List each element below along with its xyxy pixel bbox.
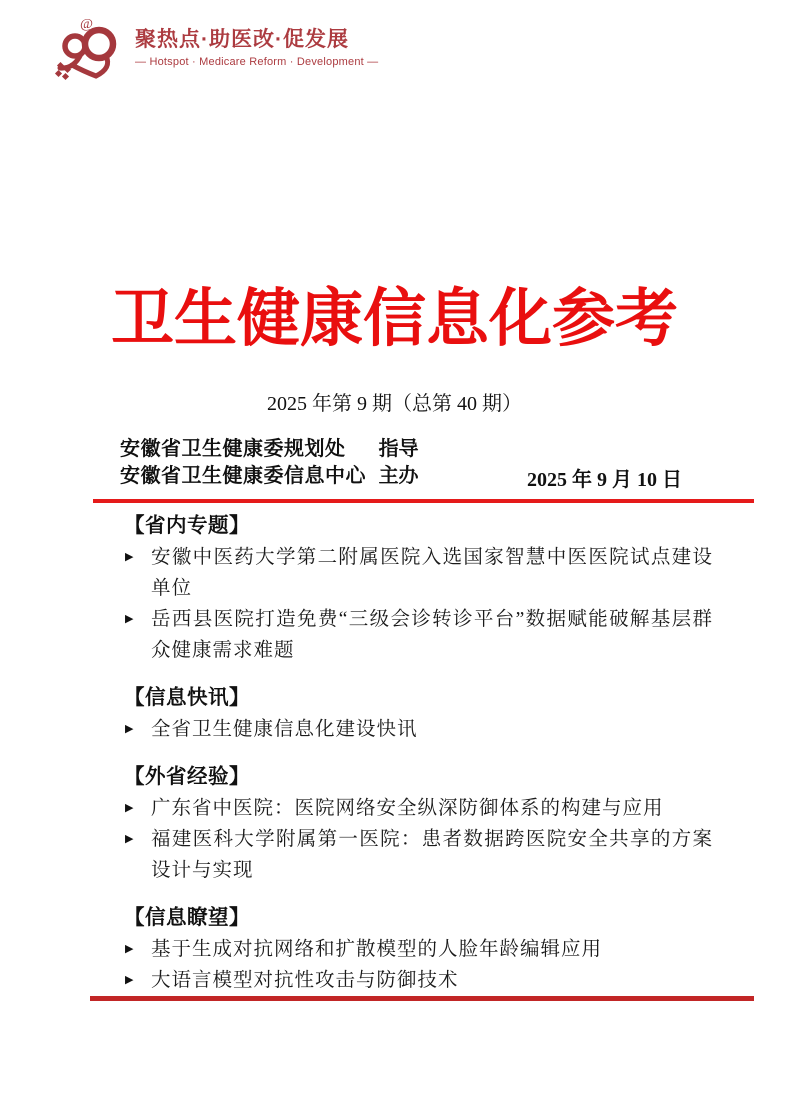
toc-item-text: 广东省中医院：医院网络安全纵深防御体系的构建与应用 [151,798,664,819]
toc-section-heading: 【外省经验】 [124,763,713,791]
triangle-bullet-icon: ▶ [125,714,133,745]
toc-item: ▶ 基于生成对抗网络和扩散模型的人脸年龄编辑应用 [124,934,713,965]
issue-line: 2025 年第 9 期（总第 40 期） [0,387,789,416]
toc-item: ▶ 全省卫生健康信息化建设快讯 [124,714,713,745]
issue-date: 2025 年 9 月 10 日 [527,463,682,492]
logo-tagline-cn: 聚热点·助医改·促发展 [135,27,378,53]
toc-item-text: 岳西县医院打造免费“三级会诊转诊平台”数据赋能破解基层群众健康需求难题 [151,609,713,661]
logo-text: 聚热点·助医改·促发展 — Hotspot · Medicare Reform … [135,27,378,68]
triangle-bullet-icon: ▶ [125,965,133,996]
toc-item: ▶ 福建医科大学附属第一医院：患者数据跨医院安全共享的方案设计与实现 [124,824,713,886]
toc-item: ▶ 安徽中医药大学第二附属医院入选国家智慧中医医院试点建设单位 [124,542,713,604]
toc-list: ▶ 基于生成对抗网络和扩散模型的人脸年龄编辑应用 ▶ 大语言模型对抗性攻击与防御… [124,934,713,996]
triangle-bullet-icon: ▶ [125,934,133,965]
toc-section-heading: 【省内专题】 [124,512,713,540]
publisher-role: 主办 [379,465,419,487]
publisher-org: 安徽省卫生健康委规划处 [120,436,373,463]
triangle-bullet-icon: ▶ [125,824,133,855]
triangle-bullet-icon: ▶ [125,793,133,824]
toc-section-info-briefs: 【信息快讯】 ▶ 全省卫生健康信息化建设快讯 [124,684,713,745]
toc-item: ▶ 广东省中医院：医院网络安全纵深防御体系的构建与应用 [124,793,713,824]
divider-top [93,499,754,503]
toc-item: ▶ 岳西县医院打造免费“三级会诊转诊平台”数据赋能破解基层群众健康需求难题 [124,604,713,666]
triangle-bullet-icon: ▶ [125,542,133,573]
publisher-block: 安徽省卫生健康委规划处 指导 安徽省卫生健康委信息中心 主办 2025 年 9 … [120,436,720,490]
toc-section-heading: 【信息快讯】 [124,684,713,712]
toc-section-other-provinces: 【外省经验】 ▶ 广东省中医院：医院网络安全纵深防御体系的构建与应用 ▶ 福建医… [124,763,713,886]
heart-99-logo-icon: @ [50,13,126,81]
logo-tagline-en: — Hotspot · Medicare Reform · Developmen… [135,56,378,68]
publisher-role: 指导 [379,438,419,460]
toc-item: ▶ 大语言模型对抗性攻击与防御技术 [124,965,713,996]
toc-list: ▶ 安徽中医药大学第二附属医院入选国家智慧中医医院试点建设单位 ▶ 岳西县医院打… [124,542,713,666]
toc-item-text: 大语言模型对抗性攻击与防御技术 [151,970,459,991]
publisher-row: 安徽省卫生健康委规划处 指导 [120,436,720,463]
publisher-org: 安徽省卫生健康委信息中心 [120,463,373,490]
toc-section-info-outlook: 【信息瞭望】 ▶ 基于生成对抗网络和扩散模型的人脸年龄编辑应用 ▶ 大语言模型对… [124,904,713,996]
toc-section-heading: 【信息瞭望】 [124,904,713,932]
page-title: 卫生健康信息化参考 [0,279,789,359]
divider-bottom [90,996,754,1001]
logo: @ 聚热点·助医改·促发展 — Hotspot · Medicare Refor… [50,13,378,81]
toc-item-text: 安徽中医药大学第二附属医院入选国家智慧中医医院试点建设单位 [151,547,713,599]
toc-section-province-topics: 【省内专题】 ▶ 安徽中医药大学第二附属医院入选国家智慧中医医院试点建设单位 ▶… [124,512,713,666]
toc-item-text: 全省卫生健康信息化建设快讯 [151,719,418,740]
document-page: @ 聚热点·助医改·促发展 — Hotspot · Medicare Refor… [0,0,789,1117]
toc-list: ▶ 全省卫生健康信息化建设快讯 [124,714,713,745]
triangle-bullet-icon: ▶ [125,604,133,635]
table-of-contents: 【省内专题】 ▶ 安徽中医药大学第二附属医院入选国家智慧中医医院试点建设单位 ▶… [124,512,713,996]
toc-item-text: 福建医科大学附属第一医院：患者数据跨医院安全共享的方案设计与实现 [151,829,713,881]
toc-list: ▶ 广东省中医院：医院网络安全纵深防御体系的构建与应用 ▶ 福建医科大学附属第一… [124,793,713,886]
toc-item-text: 基于生成对抗网络和扩散模型的人脸年龄编辑应用 [151,939,602,960]
